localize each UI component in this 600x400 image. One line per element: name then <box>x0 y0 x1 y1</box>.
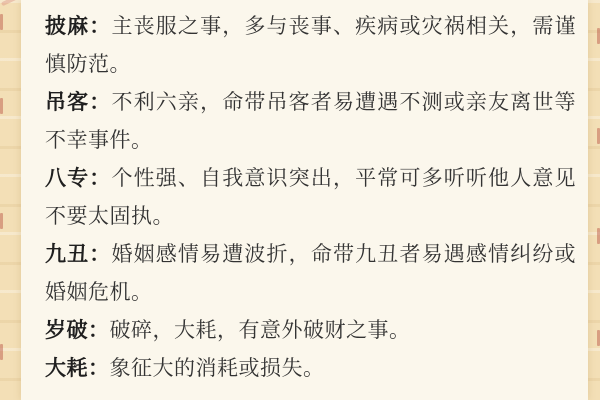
left-edge-mark <box>0 14 3 30</box>
entry-description: 不利六亲，命带吊客者易遭遇不测或亲友离世等不幸事件。 <box>45 91 576 152</box>
entry-suipo: 岁破：破碎，大耗，有意外破财之事。 <box>45 312 576 350</box>
entry-term: 九丑： <box>45 243 111 266</box>
entry-pima: 披麻：主丧服之事，多与丧事、疾病或灾祸相关，需谨慎防范。 <box>45 8 576 84</box>
entry-term: 吊客： <box>45 91 111 114</box>
entry-description: 婚姻感情易遭波折，命带九丑者易遇感情纠纷或婚姻危机。 <box>45 243 576 304</box>
entry-description: 个性强、自我意识突出，平常可多听听他人意见不要太固执。 <box>45 167 576 228</box>
entry-jiuchou: 九丑：婚姻感情易遭波折，命带九丑者易遇感情纠纷或婚姻危机。 <box>45 236 576 312</box>
entry-dahao: 大耗：象征大的消耗或损失。 <box>45 350 576 388</box>
entry-bazhuan: 八专：个性强、自我意识突出，平常可多听听他人意见不要太固执。 <box>45 160 576 236</box>
left-edge-mark <box>0 98 3 114</box>
corner-decoration-mark <box>1 0 17 6</box>
entry-term: 岁破： <box>45 319 110 342</box>
entry-term: 八专： <box>45 167 111 190</box>
page: 披麻：主丧服之事，多与丧事、疾病或灾祸相关，需谨慎防范。 吊客：不利六亲，命带吊… <box>0 0 600 400</box>
entry-diaoke: 吊客：不利六亲，命带吊客者易遭遇不测或亲友离世等不幸事件。 <box>45 84 576 160</box>
entry-description: 象征大的消耗或损失。 <box>110 357 325 380</box>
entry-description: 破碎，大耗，有意外破财之事。 <box>110 319 411 342</box>
content-card: 披麻：主丧服之事，多与丧事、疾病或灾祸相关，需谨慎防范。 吊客：不利六亲，命带吊… <box>21 0 588 400</box>
entry-term: 披麻： <box>45 15 111 38</box>
left-edge-mark <box>0 213 3 229</box>
left-edge-mark <box>0 344 3 360</box>
entry-description: 主丧服之事，多与丧事、疾病或灾祸相关，需谨慎防范。 <box>45 15 576 76</box>
entry-term: 大耗： <box>45 357 110 380</box>
left-paper-strip <box>0 0 21 400</box>
glossary-text: 披麻：主丧服之事，多与丧事、疾病或灾祸相关，需谨慎防范。 吊客：不利六亲，命带吊… <box>21 0 588 388</box>
